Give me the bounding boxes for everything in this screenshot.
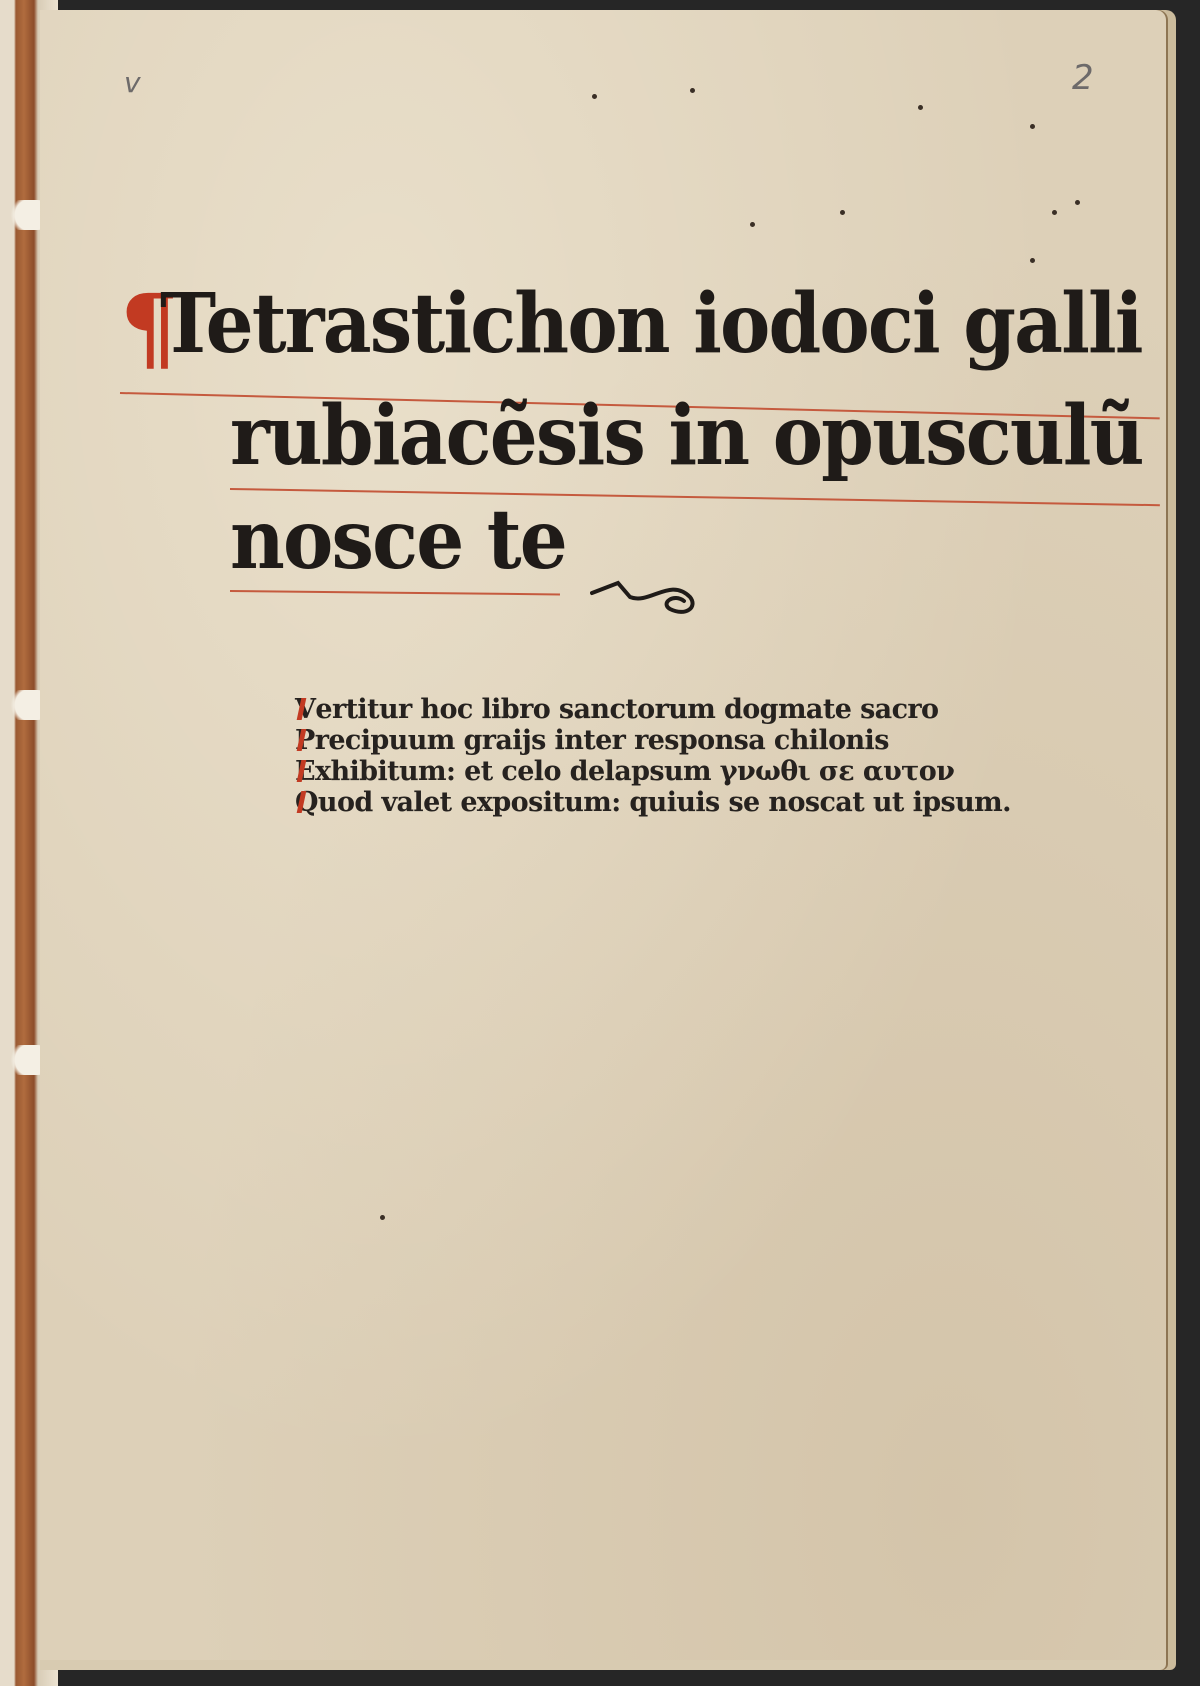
paper-speck — [840, 210, 845, 215]
paper-speck — [1052, 210, 1057, 215]
title-line-2: rubiacẽsis in opusculũ — [230, 388, 1143, 484]
paper-speck — [918, 105, 923, 110]
flourish-ornament — [590, 575, 700, 625]
paper-speck — [592, 94, 597, 99]
red-ruling-line — [230, 590, 560, 595]
rubricated-initial: V — [295, 694, 315, 725]
verse-text: xhibitum: et celo delapsum γνωθι σε αυτο… — [315, 756, 954, 787]
title-line-3: nosce te — [230, 492, 566, 588]
pencil-mark: v — [124, 66, 141, 99]
rubricated-initial: E — [295, 756, 315, 787]
verse-line: Exhibitum: et celo delapsum γνωθι σε αυτ… — [295, 756, 935, 787]
verse-text: recipuum graijs inter responsa chilonis — [315, 725, 889, 756]
folio-number: 2 — [1072, 58, 1094, 98]
verse-line: Precipuum graijs inter responsa chilonis — [295, 725, 935, 756]
rubricated-initial: P — [295, 725, 315, 756]
paper-speck — [1075, 200, 1080, 205]
paper-speck — [1030, 124, 1035, 129]
verse-text: ertitur hoc libro sanctorum dogmate sacr… — [315, 694, 938, 725]
paper-speck — [380, 1215, 385, 1220]
paper-speck — [690, 88, 695, 93]
paper-speck — [750, 222, 755, 227]
verse-line: Quod valet expositum: quiuis se noscat u… — [295, 787, 935, 818]
paper-speck — [1030, 258, 1035, 263]
verse-block: Vertitur hoc libro sanctorum dogmate sac… — [295, 694, 935, 818]
verse-text: uod valet expositum: quiuis se noscat ut… — [318, 787, 1011, 818]
rubricated-initial: Q — [295, 787, 318, 818]
verse-line: Vertitur hoc libro sanctorum dogmate sac… — [295, 694, 935, 725]
title-line-1: Tetrastichon iodoci galli — [160, 276, 1142, 372]
document-page: v 2 ¶ Tetrastichon iodoci galli rubiacẽs… — [40, 10, 1176, 1670]
